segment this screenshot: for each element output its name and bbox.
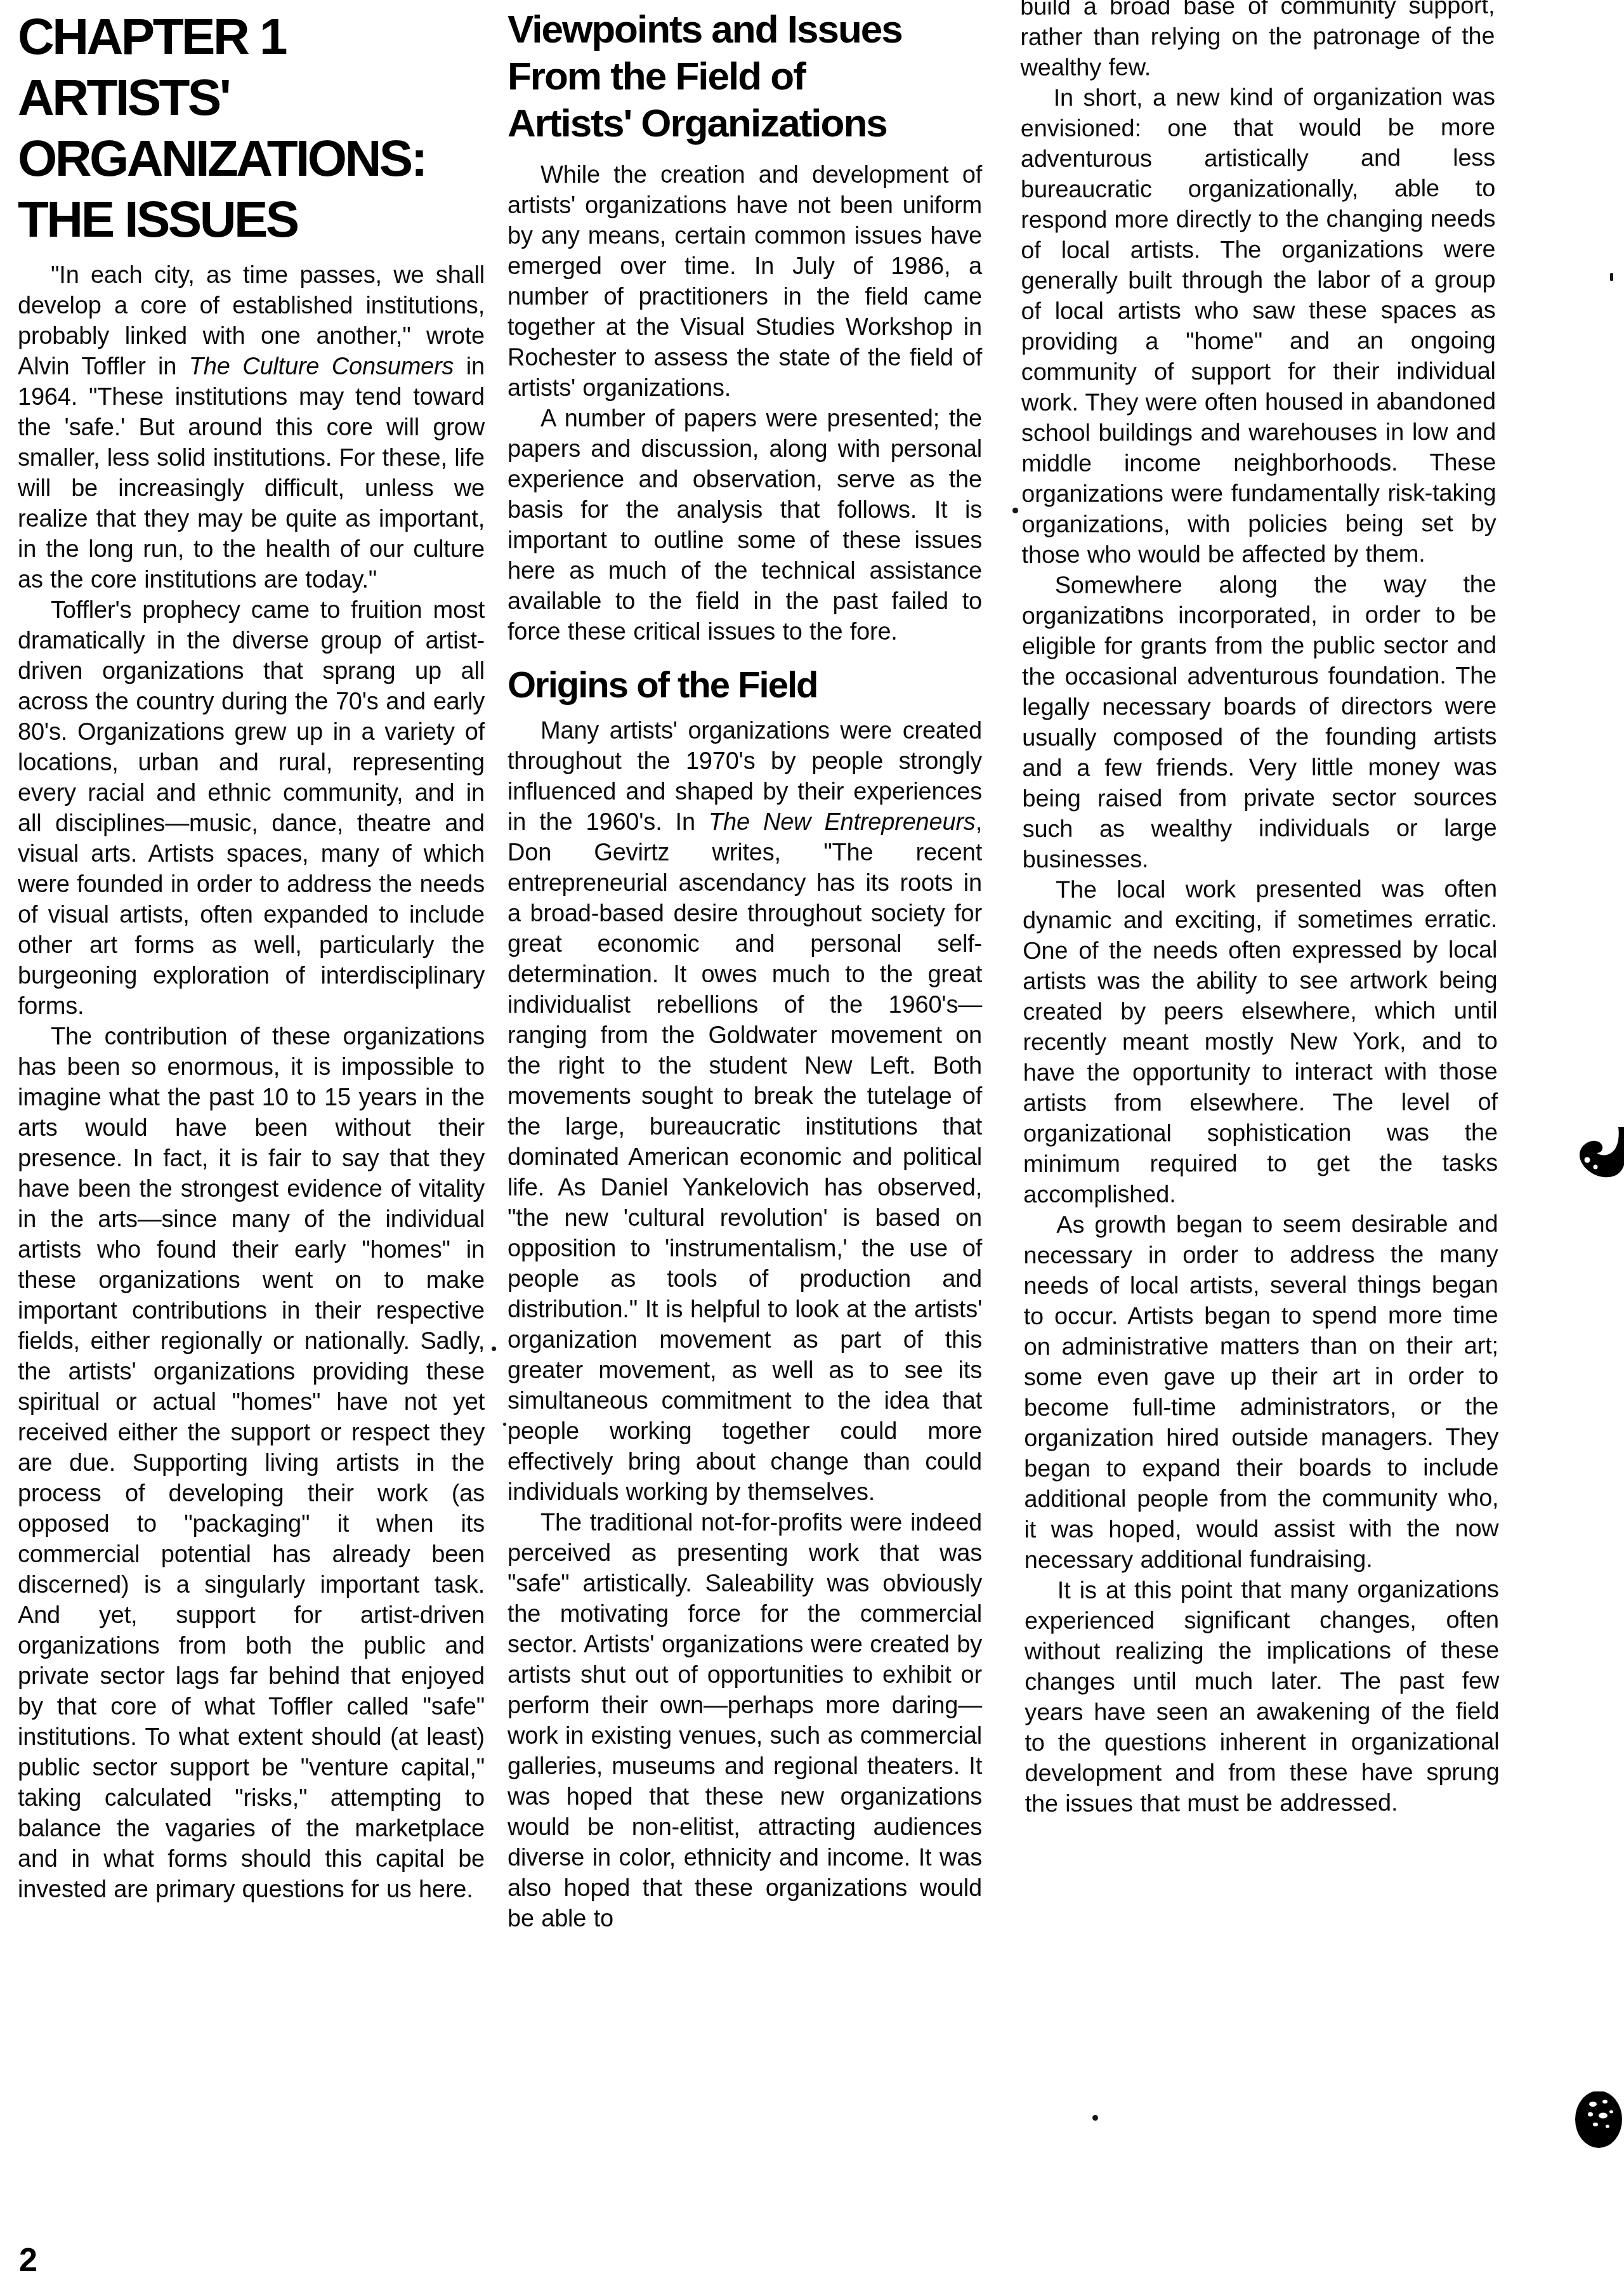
- paragraph: The traditional not-for-profits were ind…: [507, 1508, 982, 1934]
- ink-speck: [503, 1423, 506, 1426]
- ink-blob-round: [1575, 2091, 1623, 2150]
- paragraph-text: in 1964. "These institutions may tend to…: [18, 353, 485, 593]
- chapter-heading-line: THE ISSUES: [18, 189, 485, 250]
- book-title-italic: The New Entrepreneurs: [709, 809, 976, 836]
- paragraph: While the creation and development of ar…: [507, 160, 982, 404]
- section-heading: Origins of the Field: [507, 665, 982, 706]
- paragraph: It is at this point that many organizati…: [1025, 1574, 1500, 1819]
- paragraph: "In each city, as time passes, we shall …: [18, 260, 485, 595]
- middle-column: Viewpoints and Issues From the Field of …: [507, 6, 982, 1934]
- book-title-italic: The Culture Consumers: [189, 353, 454, 380]
- paragraph: The local work presented was often dynam…: [1023, 874, 1498, 1210]
- paragraph: Toffler's prophecy came to fruition most…: [18, 595, 485, 1022]
- chapter-heading-line: CHAPTER 1: [18, 6, 485, 67]
- paragraph: A number of papers were presented; the p…: [507, 404, 982, 647]
- ink-speck: [1012, 508, 1018, 513]
- scanned-document-page: { "page": { "number": "2" }, "left_colum…: [0, 0, 1624, 2285]
- ink-speck: [1126, 608, 1130, 612]
- ink-blob-hook: [1573, 1127, 1624, 1182]
- paragraph: build a broad base of community support,…: [1020, 0, 1495, 83]
- paragraph: Many artists' organizations were created…: [507, 716, 982, 1508]
- ink-speck: [492, 1347, 496, 1351]
- left-column: CHAPTER 1 ARTISTS' ORGANIZATIONS: THE IS…: [18, 6, 485, 1905]
- article-title-line: Artists' Organizations: [507, 100, 982, 147]
- chapter-heading: CHAPTER 1 ARTISTS' ORGANIZATIONS: THE IS…: [18, 6, 485, 250]
- chapter-heading-line: ARTISTS': [18, 67, 485, 128]
- paragraph: Somewhere along the way the organization…: [1022, 569, 1497, 875]
- ink-speck: [1610, 273, 1613, 281]
- page-number: 2: [19, 2241, 37, 2279]
- paragraph: The contribution of these organizations …: [18, 1022, 485, 1905]
- chapter-heading-line: ORGANIZATIONS:: [18, 128, 485, 189]
- paragraph: In short, a new kind of organization was…: [1021, 82, 1496, 570]
- paragraph: As growth began to seem desirable and ne…: [1023, 1209, 1499, 1576]
- right-column: build a broad base of community support,…: [1020, 0, 1500, 1819]
- article-title-line: Viewpoints and Issues: [507, 6, 982, 53]
- ink-speck: [1092, 2115, 1098, 2121]
- paragraph-text: , Don Gevirtz writes, "The recent entrep…: [507, 809, 982, 1506]
- article-title: Viewpoints and Issues From the Field of …: [507, 6, 982, 147]
- article-title-line: From the Field of: [507, 53, 982, 100]
